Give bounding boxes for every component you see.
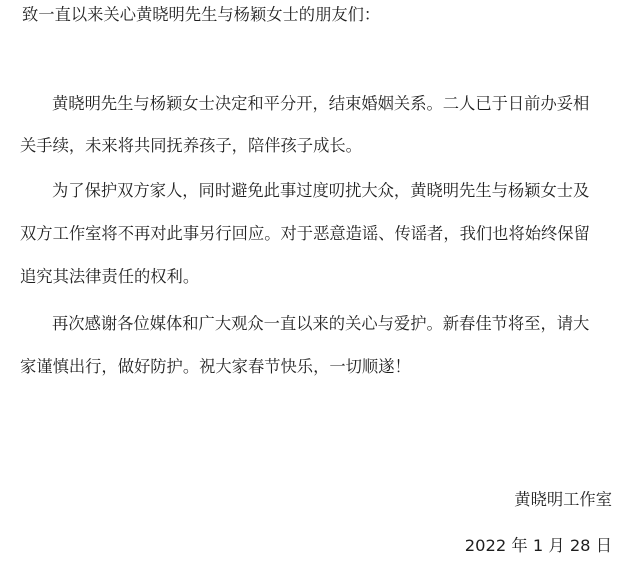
paragraph-line: 双方工作室将不再对此事另行回应。对于恶意造谣、传谣者，我们也将始终保留 [20,224,590,244]
paragraph-line: 追究其法律责任的权利。 [20,267,199,287]
date: 2022 年 1 月 28 日 [465,536,612,556]
paragraph-line: 为了保护双方家人，同时避免此事过度叨扰大众，黄晓明先生与杨颖女士及 [52,181,589,201]
paragraph-line: 关手续，未来将共同抚养孩子，陪伴孩子成长。 [20,136,362,156]
salutation: 致一直以来关心黄晓明先生与杨颖女士的朋友们： [22,5,380,25]
paragraph-line: 黄晓明先生与杨颖女士决定和平分开，结束婚姻关系。二人已于日前办妥相 [52,94,589,114]
paragraph-line: 家谨慎出行，做好防护。祝大家春节快乐，一切顺遂！ [20,357,411,377]
paragraph-line: 再次感谢各位媒体和广大观众一直以来的关心与爱护。新春佳节将至，请大 [52,314,589,334]
signature: 黄晓明工作室 [514,490,612,510]
